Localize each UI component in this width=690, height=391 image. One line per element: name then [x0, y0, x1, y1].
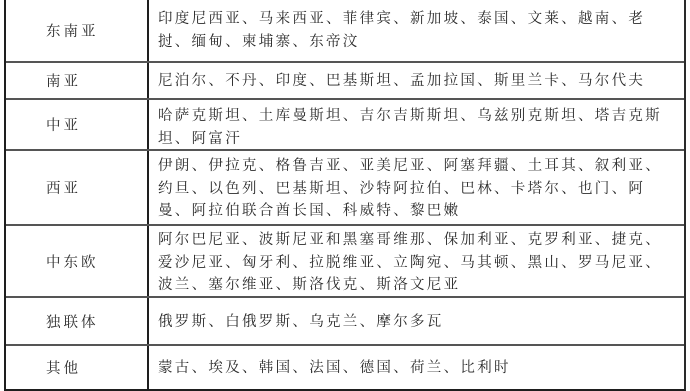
- countries-cell: 蒙古、埃及、韩国、法国、德国、荷兰、比利时: [149, 346, 684, 389]
- region-cell: 南亚: [6, 63, 149, 98]
- region-cell: 东南亚: [6, 0, 149, 61]
- region-cell: 独联体: [6, 298, 149, 344]
- region-country-table: 东南亚 印度尼西亚、马来西亚、菲律宾、新加坡、泰国、文莱、越南、老挝、缅甸、柬埔…: [4, 0, 686, 391]
- table-row-other: 其他 蒙古、埃及、韩国、法国、德国、荷兰、比利时: [6, 344, 684, 389]
- table-row-southeast-asia: 东南亚 印度尼西亚、马来西亚、菲律宾、新加坡、泰国、文莱、越南、老挝、缅甸、柬埔…: [6, 0, 684, 61]
- countries-cell: 俄罗斯、白俄罗斯、乌克兰、摩尔多瓦: [149, 298, 684, 344]
- table-row-cis: 独联体 俄罗斯、白俄罗斯、乌克兰、摩尔多瓦: [6, 296, 684, 344]
- table-row-west-asia: 西亚 伊朗、伊拉克、格鲁吉亚、亚美尼亚、阿塞拜疆、土耳其、叙利亚、约旦、以色列、…: [6, 149, 684, 224]
- countries-cell: 尼泊尔、不丹、印度、巴基斯坦、孟加拉国、斯里兰卡、马尔代夫: [149, 63, 684, 98]
- table-row-south-asia: 南亚 尼泊尔、不丹、印度、巴基斯坦、孟加拉国、斯里兰卡、马尔代夫: [6, 61, 684, 98]
- table-row-central-asia: 中亚 哈萨克斯坦、土库曼斯坦、吉尔吉斯斯坦、乌兹别克斯坦、塔吉克斯坦、阿富汗: [6, 98, 684, 149]
- region-cell: 其他: [6, 346, 149, 389]
- countries-cell: 哈萨克斯坦、土库曼斯坦、吉尔吉斯斯坦、乌兹别克斯坦、塔吉克斯坦、阿富汗: [149, 100, 684, 149]
- table-row-central-eastern-europe: 中东欧 阿尔巴尼亚、波斯尼亚和黑塞哥维那、保加利亚、克罗利亚、捷克、爱沙尼亚、匈…: [6, 224, 684, 296]
- region-cell: 中东欧: [6, 226, 149, 296]
- countries-cell: 印度尼西亚、马来西亚、菲律宾、新加坡、泰国、文莱、越南、老挝、缅甸、柬埔寨、东帝…: [149, 0, 684, 61]
- region-cell: 西亚: [6, 151, 149, 224]
- countries-cell: 阿尔巴尼亚、波斯尼亚和黑塞哥维那、保加利亚、克罗利亚、捷克、爱沙尼亚、匈牙利、拉…: [149, 226, 684, 296]
- countries-cell: 伊朗、伊拉克、格鲁吉亚、亚美尼亚、阿塞拜疆、土耳其、叙利亚、约旦、以色列、巴基斯…: [149, 151, 684, 224]
- region-cell: 中亚: [6, 100, 149, 149]
